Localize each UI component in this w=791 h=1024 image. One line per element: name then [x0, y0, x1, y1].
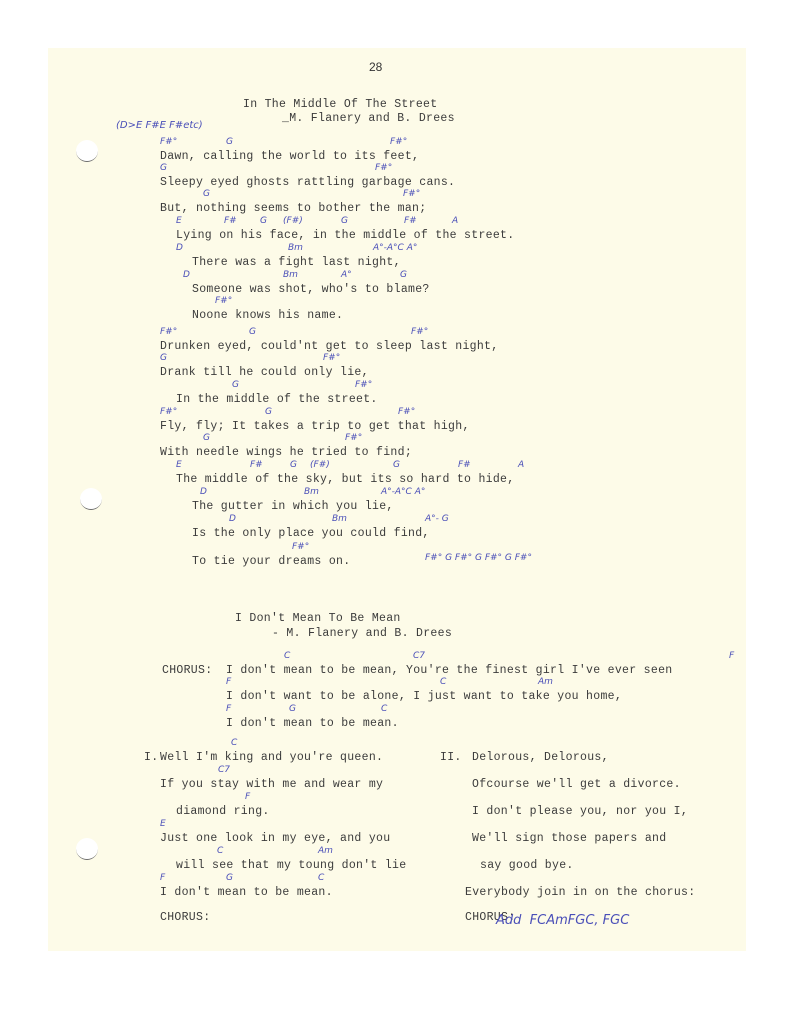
verse-line: diamond ring.	[176, 805, 270, 818]
chorus-line: I don't mean to be mean.	[226, 717, 399, 730]
lyric-line: Sleepy eyed ghosts rattling garbage cans…	[160, 176, 455, 189]
chord: A°- G	[425, 514, 449, 524]
chord: F	[226, 677, 231, 687]
lyric-line: Lying on his face, in the middle of the …	[176, 229, 514, 242]
chord: E	[160, 819, 166, 829]
lyric-line: To tie your dreams on.	[192, 555, 350, 568]
chord: G	[226, 873, 233, 883]
chord: F	[226, 704, 231, 714]
lyric-line: The middle of the sky, but its so hard t…	[176, 473, 514, 486]
verse-line: CHORUS:	[160, 911, 210, 924]
song-title: I Don't Mean To Be Mean	[235, 612, 401, 625]
chord: F#°	[375, 163, 392, 173]
chord: D	[176, 243, 183, 253]
chord: G	[341, 216, 348, 226]
chord: D	[200, 487, 207, 497]
chord: F#°	[323, 353, 340, 363]
chord: E	[176, 216, 182, 226]
chord: C	[381, 704, 387, 714]
chord: F#	[458, 460, 471, 470]
chord: F#°	[345, 433, 362, 443]
punch-hole	[76, 838, 98, 860]
chord: F#°	[403, 189, 420, 199]
chorus-line: I don't mean to be mean, You're the fine…	[226, 664, 672, 677]
chord: F	[160, 873, 165, 883]
chord: G	[160, 353, 167, 363]
lyric-line: There was a fight last night,	[192, 256, 401, 269]
chord: G	[226, 137, 233, 147]
chord: (F#)	[283, 216, 303, 226]
chord: (F#)	[310, 460, 330, 470]
verse-line: say good bye.	[480, 859, 574, 872]
chord: F	[245, 792, 250, 802]
verse-line: I don't mean to be mean.	[160, 886, 333, 899]
chord: F#	[250, 460, 263, 470]
lyric-line: Drank till he could only lie,	[160, 366, 369, 379]
chord: F#°	[160, 137, 177, 147]
chord: C	[217, 846, 223, 856]
chord: G	[249, 327, 256, 337]
verse-line: We'll sign those papers and	[472, 832, 666, 845]
verse-label: I.	[144, 751, 158, 764]
chord: Bm	[283, 270, 298, 280]
chord: G	[290, 460, 297, 470]
chord: C	[318, 873, 324, 883]
verse-label: II.	[440, 751, 462, 764]
chord: C7	[218, 765, 230, 775]
chord: G	[203, 189, 210, 199]
chord: F#°	[160, 407, 177, 417]
chord: A	[452, 216, 458, 226]
chord: G	[260, 216, 267, 226]
chord: Am	[538, 677, 553, 687]
chord: Bm	[304, 487, 319, 497]
verse-line: If you stay with me and wear my	[160, 778, 383, 791]
chord: D	[229, 514, 236, 524]
chord: A°	[341, 270, 352, 280]
verse-line: Delorous, Delorous,	[472, 751, 609, 764]
verse-line: will see that my toung don't lie	[176, 859, 406, 872]
chorus-line: I don't want to be alone, I just want to…	[226, 690, 622, 703]
chord: F	[729, 651, 734, 661]
chord: Bm	[288, 243, 303, 253]
lyric-line: Is the only place you could find,	[192, 527, 430, 540]
lyric-line: In the middle of the street.	[176, 393, 378, 406]
punch-hole	[76, 140, 98, 162]
chord: F#°	[292, 542, 309, 552]
chord: Am	[318, 846, 333, 856]
lyric-line: Drunken eyed, could'nt get to sleep last…	[160, 340, 498, 353]
song-authors: - M. Flanery and B. Drees	[272, 627, 452, 640]
chord: A°-A°C A°	[381, 487, 425, 497]
chord: G	[400, 270, 407, 280]
chord: G	[289, 704, 296, 714]
chord: G	[265, 407, 272, 417]
verse-line: Well I'm king and you're queen.	[160, 751, 383, 764]
chord: A°-A°C A°	[373, 243, 417, 253]
lyric-line: Dawn, calling the world to its feet,	[160, 150, 419, 163]
chord: C	[440, 677, 446, 687]
outro-chords: F#° G F#° G F#° G F#°	[425, 553, 532, 563]
verse-line: I don't please you, nor you I,	[472, 805, 688, 818]
chord: C	[284, 651, 290, 661]
verse-line: Everybody join in on the chorus:	[465, 886, 695, 899]
lyric-line: Someone was shot, who's to blame?	[192, 283, 430, 296]
chord: F#°	[398, 407, 415, 417]
chord: F#°	[160, 327, 177, 337]
chord: F#°	[411, 327, 428, 337]
verse-line: Just one look in my eye, and you	[160, 832, 390, 845]
chord: F#°	[390, 137, 407, 147]
chord: G	[203, 433, 210, 443]
chorus-label: CHORUS:	[162, 664, 212, 677]
chord: E	[176, 460, 182, 470]
chord: F#°	[215, 296, 232, 306]
verse-line: Ofcourse we'll get a divorce.	[472, 778, 681, 791]
song-title: In The Middle Of The Street	[243, 98, 437, 111]
chord: F#	[404, 216, 417, 226]
lyric-line: But, nothing seems to bother the man;	[160, 202, 426, 215]
lyric-line: Noone knows his name.	[192, 309, 343, 322]
page-number: 28	[369, 60, 382, 74]
chord: C7	[413, 651, 425, 661]
chord: Bm	[332, 514, 347, 524]
chord: D	[183, 270, 190, 280]
chord: G	[393, 460, 400, 470]
lyric-line: With needle wings he tried to find;	[160, 446, 412, 459]
lyric-line: Fly, fly; It takes a trip to get that hi…	[160, 420, 470, 433]
chord: A	[518, 460, 524, 470]
chord: F#	[224, 216, 237, 226]
intro-note: (D>E F#E F#etc)	[116, 120, 203, 131]
chord: C	[231, 738, 237, 748]
song-authors: _M. Flanery and B. Drees	[282, 112, 455, 125]
punch-hole	[80, 488, 102, 510]
lyric-line: The gutter in which you lie,	[192, 500, 394, 513]
chord: F#°	[355, 380, 372, 390]
chord: G	[160, 163, 167, 173]
chord: G	[232, 380, 239, 390]
handwritten-note: Add FCAmFGC, FGC	[496, 913, 629, 928]
